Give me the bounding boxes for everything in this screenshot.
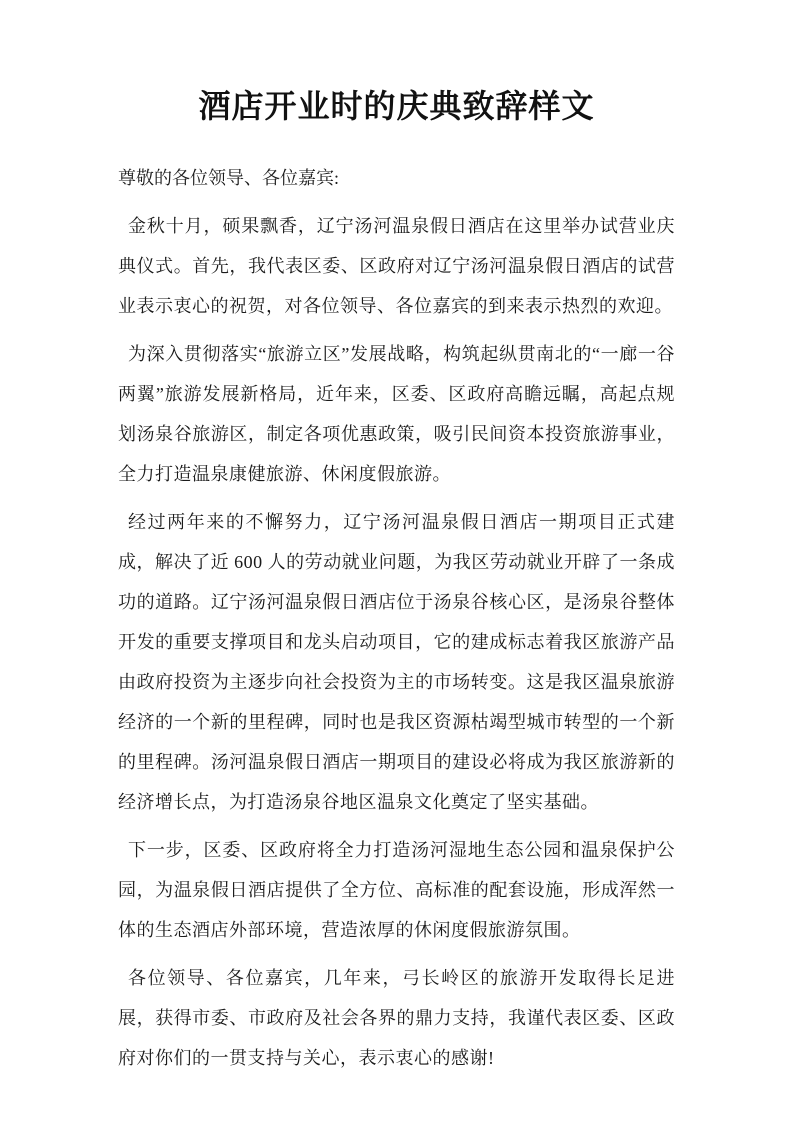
paragraph: 各位领导、各位嘉宾，几年来，弓长岭区的旅游开发取得长足进展，获得市委、市政府及社… <box>118 958 675 1078</box>
paragraph: 金秋十月，硕果飘香，辽宁汤河温泉假日酒店在这里举办试营业庆典仪式。首先，我代表区… <box>118 206 675 326</box>
paragraph: 下一步，区委、区政府将全力打造汤河湿地生态公园和温泉保护公园，为温泉假日酒店提供… <box>118 830 675 950</box>
salutation-line: 尊敬的各位领导、各位嘉宾: <box>118 158 675 198</box>
paragraph: 为深入贯彻落实“旅游立区”发展战略，构筑起纵贯南北的“一廊一谷两翼”旅游发展新格… <box>118 334 675 494</box>
document-page: 酒店开业时的庆典致辞样文 尊敬的各位领导、各位嘉宾: 金秋十月，硕果飘香，辽宁汤… <box>0 0 793 1122</box>
document-title: 酒店开业时的庆典致辞样文 <box>118 86 675 126</box>
paragraph: 经过两年来的不懈努力，辽宁汤河温泉假日酒店一期项目正式建成，解决了近 600 人… <box>118 502 675 822</box>
